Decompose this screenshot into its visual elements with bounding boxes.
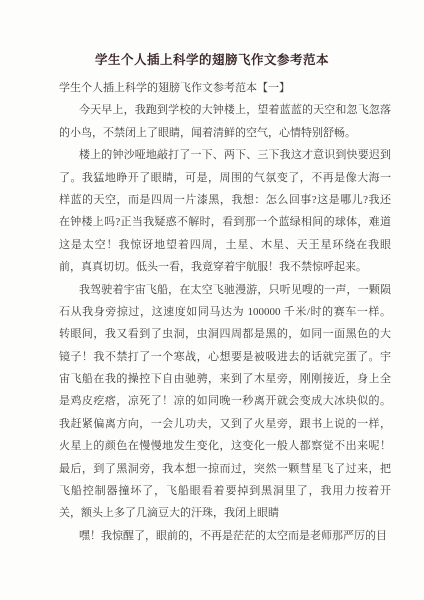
body-line: 转眼间，我又看到了虫洞，虫洞四周都是黑的，如同一面黑色的大 [59,323,391,345]
body-line: 楼上的钟沙哑地敲打了一下、两下、三下我这才意识到快要迟到 [59,144,391,166]
body-line: 火星上的颜色在慢慢地发生变化，这变化一般人都察觉不出来呢！ [59,435,391,457]
body-line: 关，额头上多了几滴豆大的汗珠，我闭上眼睛 [59,502,391,524]
body-line: 这是太空！我惊讶地望着四周，土星、木星、天王星环绕在我眼 [59,234,391,256]
body-line: 学生个人插上科学的翅膀飞作文参考范本【一】 [59,77,391,99]
body-line: 最后，到了黑洞旁，我本想一掠而过，突然一颗彗星飞了过来，把 [59,458,391,480]
body-line: 是鸡皮疙瘩，凉死了！凉的如同晚一秒离开就会变成大冰块似的。 [59,390,391,412]
body-line: 镜子！我不禁打了一个寒战，心想要是被吸进去的话就完蛋了。宇 [59,346,391,368]
body-line: 宙飞船在我的操控下自由驰骋，来到了木星旁，刚刚接近，身上全 [59,368,391,390]
body-line: 我赶紧偏离方向，一会儿功夫，又到了火星旁，跟书上说的一样， [59,413,391,435]
body-line: 样蓝的天空，而是四周一片漆黑，我想：怎么回事?这是哪儿?我还 [59,189,391,211]
body-line: 的小鸟，不禁闭上了眼睛，闻着清鲜的空气，心情特别舒畅。 [59,122,391,144]
document-page: 学生个人插上科学的翅膀飞作文参考范本 学生个人插上科学的翅膀飞作文参考范本【一】… [0,0,424,600]
body-line: 石从我身旁掠过，这速度如同马达为 100000 千米/时的赛车一样。 [59,301,391,323]
document-title: 学生个人插上科学的翅膀飞作文参考范本 [0,50,424,68]
body-line: 了。我猛地睁开了眼睛，可是，周围的气氛变了，不再是像大海一 [59,167,391,189]
document-body: 学生个人插上科学的翅膀飞作文参考范本【一】今天早上，我跑到学校的大钟楼上，望着蓝… [59,77,391,547]
body-line: 飞船控制器撞坏了，飞船眼看着要掉到黑洞里了，我用力按着开 [59,480,391,502]
body-line: 在钟楼上吗?正当我疑惑不解时，看到那一个蓝绿相间的球体，难道 [59,211,391,233]
body-line: 今天早上，我跑到学校的大钟楼上，望着蓝蓝的天空和忽飞忽落 [59,99,391,121]
body-line: 我驾驶着宇宙飞船，在太空飞驰漫游，只听见嗖的一声，一颗陨 [59,279,391,301]
body-line: 嘿！我惊醒了，眼前的，不再是茫茫的太空而是老师那严厉的目 [59,525,391,547]
body-line: 前，真真切切。低头一看，我竟穿着宇航服！我不禁惊呼起来。 [59,256,391,278]
